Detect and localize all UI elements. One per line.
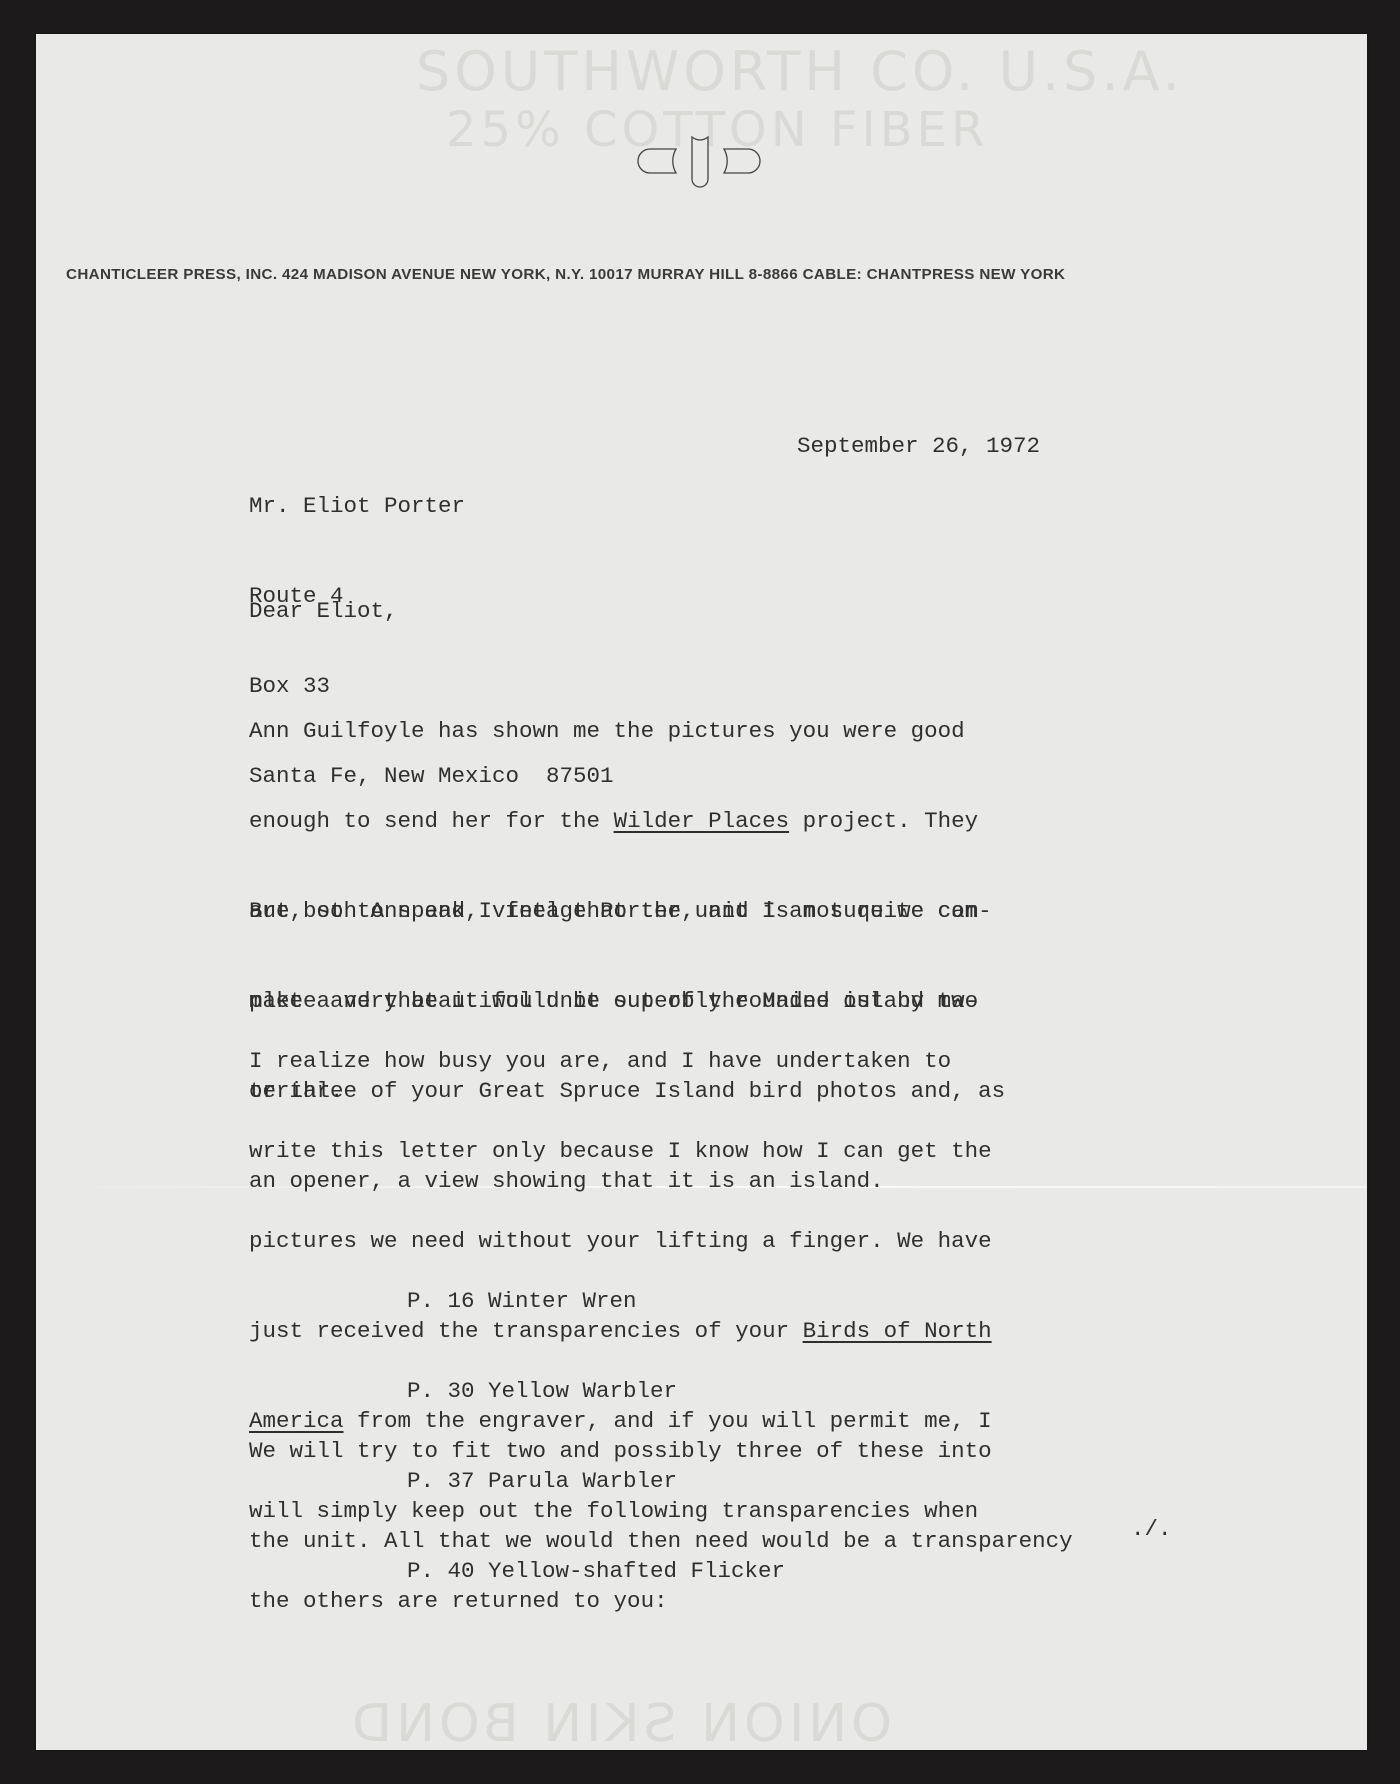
watermark-bottom: ONION SKIN BOND [348, 1694, 892, 1754]
letter-page: SOUTHWORTH CO. U.S.A. 25% COTTON FIBER O… [36, 34, 1367, 1750]
letterhead-address: CHANTICLEER PRESS, INC. 424 MADISON AVEN… [66, 266, 1346, 283]
book-title-wilder-places: Wilder Places [614, 808, 790, 834]
book-title-birds-of-north-america: Birds of North [803, 1318, 992, 1344]
watermark-top: SOUTHWORTH CO. U.S.A. [416, 40, 1184, 103]
addressee-name: Mr. Eliot Porter [249, 491, 614, 521]
paragraph-line: But both Ann and I feel that the unit is… [249, 896, 1005, 926]
salutation: Dear Eliot, [249, 596, 398, 626]
paragraph-line: the unit. All that we would then need wo… [249, 1526, 1073, 1556]
paragraph-line: Ann Guilfoyle has shown me the pictures … [249, 716, 978, 746]
continuation-mark: ./. [1131, 1514, 1172, 1544]
paragraph-line: enough to send her for the Wilder Places… [249, 806, 978, 836]
letter-date: September 26, 1972 [797, 431, 1040, 461]
chanticleer-press-logo-icon [636, 129, 766, 194]
paragraph-line: We will try to fit two and possibly thre… [249, 1436, 1073, 1466]
paragraph-line: write this letter only because I know ho… [249, 1136, 992, 1166]
paragraph-line: I realize how busy you are, and I have u… [249, 1046, 992, 1076]
list-item: P. 16 Winter Wren [407, 1286, 785, 1316]
paragraph-4: We will try to fit two and possibly thre… [249, 1376, 1073, 1616]
